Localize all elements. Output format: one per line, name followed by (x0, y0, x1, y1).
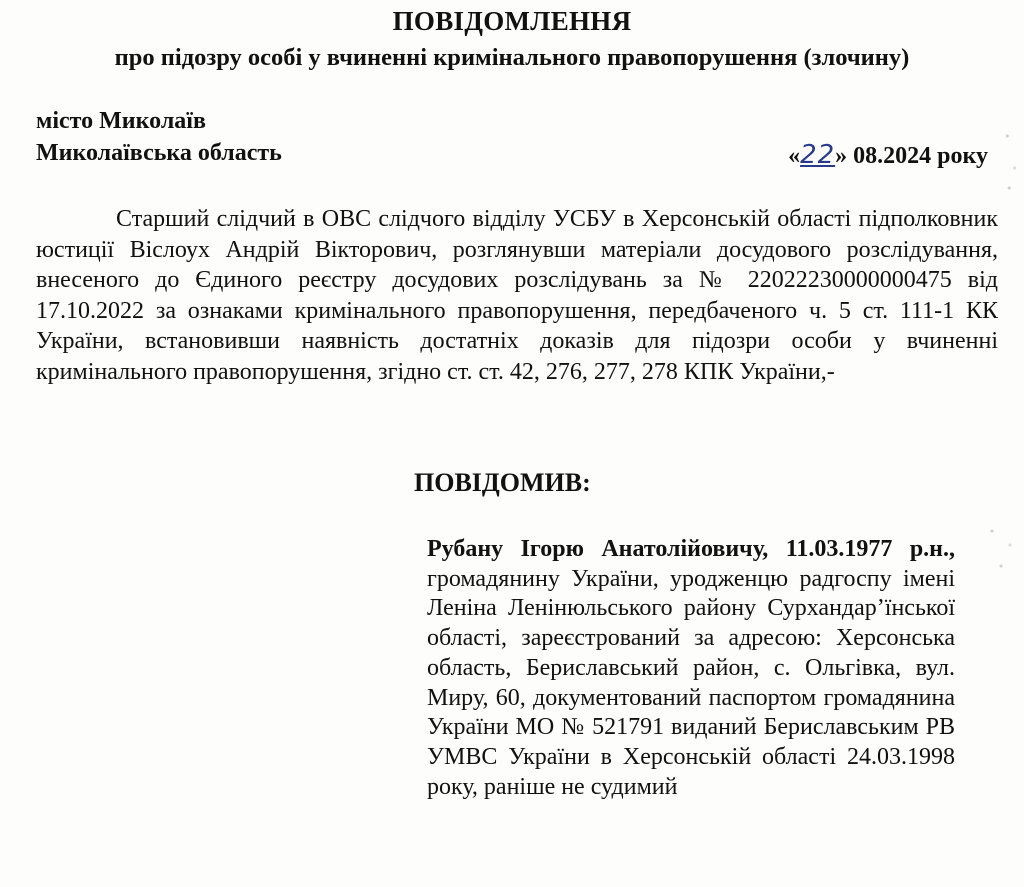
scan-artifact (1002, 120, 1020, 200)
date-open-quote: « (788, 143, 800, 169)
suspect-details: Рубану Ігорю Анатолійовичу, 11.03.1977 р… (427, 535, 955, 802)
date-rest: » 08.2024 року (835, 143, 988, 169)
intro-paragraph: Старший слідчий в ОВС слідчого відділу У… (36, 204, 998, 387)
handwritten-day: 22 (800, 140, 835, 170)
document-title: ПОВІДОМЛЕННЯ (0, 6, 1024, 37)
city-label: місто Миколаїв (36, 108, 206, 135)
document-date: «22» 08.2024 року (788, 140, 988, 170)
suspect-birth: 11.03.1977 р.н., (786, 536, 955, 562)
suspect-name: Рубану Ігорю Анатолійовичу, (427, 536, 768, 562)
region-label: Миколаївська область (36, 140, 282, 167)
scan-artifact (986, 510, 1016, 580)
document-page: ПОВІДОМЛЕННЯ про підозру особі у вчиненн… (0, 0, 1024, 887)
announced-heading: ПОВІДОМИВ: (414, 468, 591, 498)
document-subtitle: про підозру особі у вчиненні кримінально… (0, 44, 1024, 72)
suspect-info: громадянину України, уродженцю радгоспу … (427, 566, 955, 800)
